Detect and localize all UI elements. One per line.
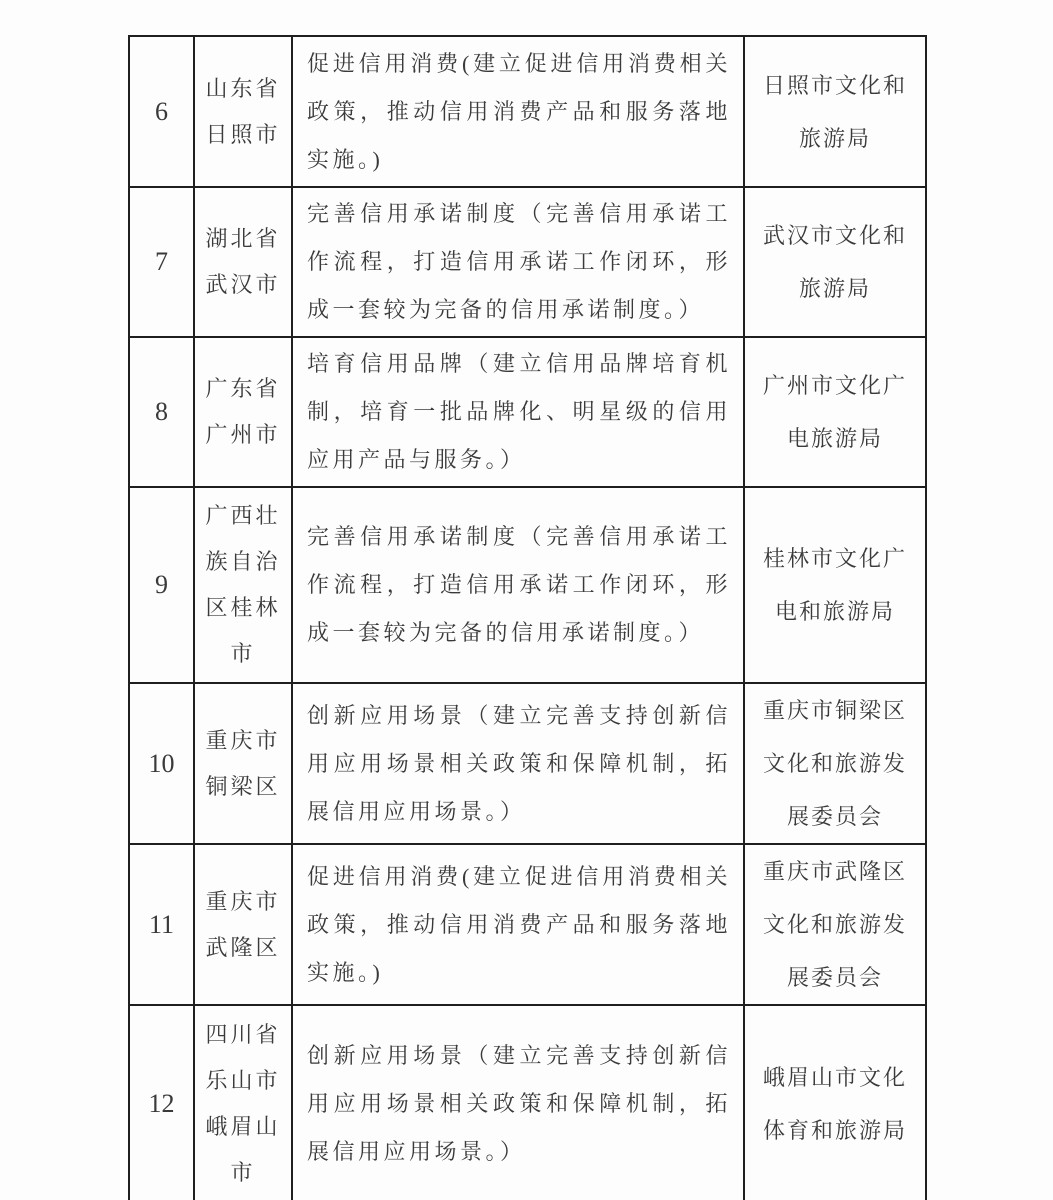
document-page: 6山东省日照市促进信用消费(建立促进信用消费相关政策，推动信用消费产品和服务落地…: [0, 0, 1053, 1200]
row-index-cell: 12: [129, 1005, 194, 1200]
table-row: 8广东省广州市培育信用品牌（建立信用品牌培育机制，培育一批品牌化、明星级的信用应…: [129, 337, 926, 487]
table-body: 6山东省日照市促进信用消费(建立促进信用消费相关政策，推动信用消费产品和服务落地…: [129, 36, 926, 1200]
region-cell: 重庆市铜梁区: [194, 683, 292, 844]
table-row: 10重庆市铜梁区创新应用场景（建立完善支持创新信用应用场景相关政策和保障机制，拓…: [129, 683, 926, 844]
table-row: 11重庆市武隆区促进信用消费(建立促进信用消费相关政策，推动信用消费产品和服务落…: [129, 844, 926, 1005]
department-cell: 重庆市武隆区文化和旅游发展委员会: [744, 844, 926, 1005]
row-index-cell: 7: [129, 187, 194, 337]
region-cell: 广东省广州市: [194, 337, 292, 487]
row-index-cell: 11: [129, 844, 194, 1005]
region-cell: 广西壮族自治区桂林市: [194, 487, 292, 683]
department-cell: 日照市文化和旅游局: [744, 36, 926, 187]
task-cell: 完善信用承诺制度（完善信用承诺工作流程，打造信用承诺工作闭环，形成一套较为完备的…: [292, 487, 744, 683]
task-cell: 培育信用品牌（建立信用品牌培育机制，培育一批品牌化、明星级的信用应用产品与服务。…: [292, 337, 744, 487]
department-cell: 广州市文化广电旅游局: [744, 337, 926, 487]
department-cell: 峨眉山市文化体育和旅游局: [744, 1005, 926, 1200]
department-cell: 桂林市文化广电和旅游局: [744, 487, 926, 683]
region-cell: 山东省日照市: [194, 36, 292, 187]
task-cell: 促进信用消费(建立促进信用消费相关政策，推动信用消费产品和服务落地实施。): [292, 844, 744, 1005]
table-row: 6山东省日照市促进信用消费(建立促进信用消费相关政策，推动信用消费产品和服务落地…: [129, 36, 926, 187]
task-cell: 完善信用承诺制度（完善信用承诺工作流程，打造信用承诺工作闭环，形成一套较为完备的…: [292, 187, 744, 337]
region-cell: 四川省乐山市峨眉山市: [194, 1005, 292, 1200]
department-cell: 武汉市文化和旅游局: [744, 187, 926, 337]
department-cell: 重庆市铜梁区文化和旅游发展委员会: [744, 683, 926, 844]
region-cell: 湖北省武汉市: [194, 187, 292, 337]
table-row: 7湖北省武汉市完善信用承诺制度（完善信用承诺工作流程，打造信用承诺工作闭环，形成…: [129, 187, 926, 337]
row-index-cell: 10: [129, 683, 194, 844]
table-row: 9广西壮族自治区桂林市完善信用承诺制度（完善信用承诺工作流程，打造信用承诺工作闭…: [129, 487, 926, 683]
row-index-cell: 8: [129, 337, 194, 487]
row-index-cell: 9: [129, 487, 194, 683]
task-table: 6山东省日照市促进信用消费(建立促进信用消费相关政策，推动信用消费产品和服务落地…: [128, 35, 927, 1200]
task-cell: 促进信用消费(建立促进信用消费相关政策，推动信用消费产品和服务落地实施。): [292, 36, 744, 187]
table-row: 12四川省乐山市峨眉山市创新应用场景（建立完善支持创新信用应用场景相关政策和保障…: [129, 1005, 926, 1200]
task-cell: 创新应用场景（建立完善支持创新信用应用场景相关政策和保障机制，拓展信用应用场景。…: [292, 683, 744, 844]
task-cell: 创新应用场景（建立完善支持创新信用应用场景相关政策和保障机制，拓展信用应用场景。…: [292, 1005, 744, 1200]
row-index-cell: 6: [129, 36, 194, 187]
region-cell: 重庆市武隆区: [194, 844, 292, 1005]
